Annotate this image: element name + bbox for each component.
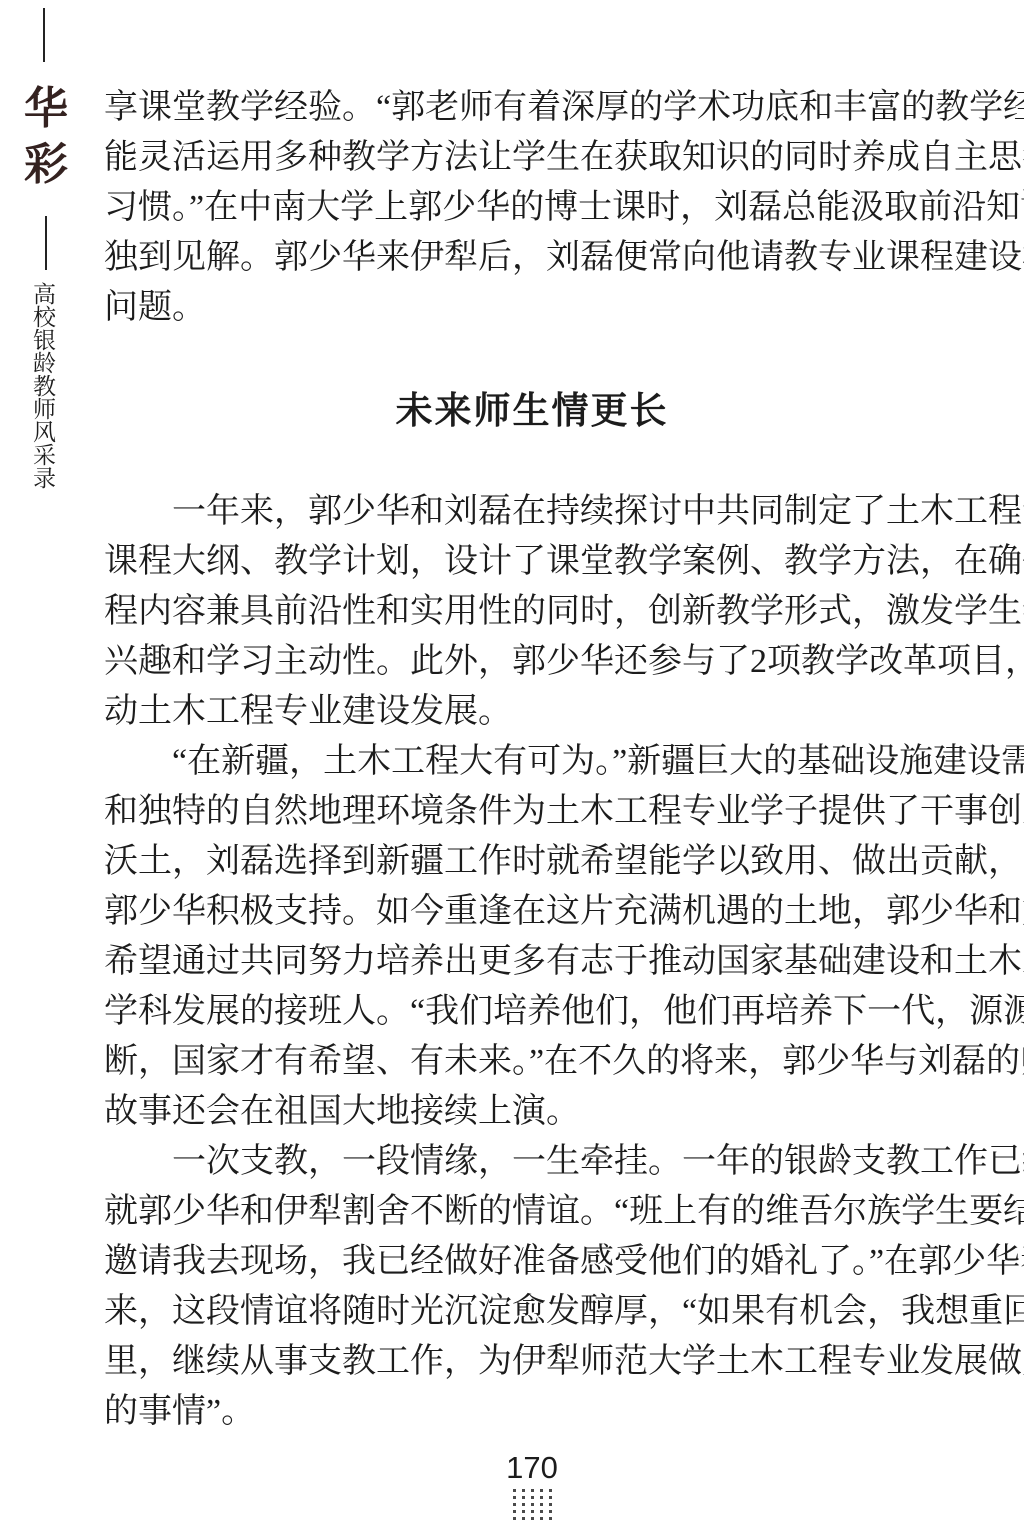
dotted-column	[540, 1489, 543, 1521]
text-line: 和独特的自然地理环境条件为土木工程专业学子提供了干事创业的	[104, 787, 960, 837]
text-line: 一次支教，一段情缘，一生牵挂。一年的银龄支教工作已经铸	[104, 1137, 960, 1187]
dotted-column	[549, 1489, 552, 1521]
text-line: 里，继续从事支教工作，为伊犁师范大学土木工程专业发展做更多	[104, 1337, 960, 1387]
dotted-column	[513, 1489, 516, 1521]
text-line: 动土木工程专业建设发展。	[104, 687, 960, 737]
text-line: 希望通过共同努力培养出更多有志于推动国家基础建设和土木工程	[104, 937, 960, 987]
text-line: 兴趣和学习主动性。此外，郭少华还参与了2项教学改革项目，推	[104, 637, 960, 687]
text-line: 来，这段情谊将随时光沉淀愈发醇厚，“如果有机会，我想重回这	[104, 1287, 960, 1337]
text-line: 程内容兼具前沿性和实用性的同时，创新教学形式，激发学生学习	[104, 587, 960, 637]
text-line: 故事还会在祖国大地接续上演。	[104, 1087, 960, 1137]
text-line: 问题。	[104, 283, 960, 333]
dotted-column	[522, 1489, 525, 1521]
text-line: 习惯。”在中南大学上郭少华的博士课时，刘磊总能汲取前沿知识和	[104, 183, 960, 233]
section-heading: 未来师生情更长	[104, 387, 960, 437]
text-line: 就郭少华和伊犁割舍不断的情谊。“班上有的维吾尔族学生要结婚，	[104, 1187, 960, 1237]
text-line: 的事情”。	[104, 1387, 960, 1437]
paragraph-continuation: 享课堂教学经验。“郭老师有着深厚的学术功底和丰富的教学经验，能灵活运用多种教学方…	[104, 83, 960, 333]
text-line: 独到见解。郭少华来伊犁后，刘磊便常向他请教专业课程建设相关	[104, 233, 960, 283]
text-line: 课程大纲、教学计划，设计了课堂教学案例、教学方法，在确保课	[104, 537, 960, 587]
paragraph-1: 一年来，郭少华和刘磊在持续探讨中共同制定了土木工程专业课程大纲、教学计划，设计了…	[104, 487, 960, 737]
brand-char-hua: 华	[24, 86, 68, 132]
text-line: 一年来，郭少华和刘磊在持续探讨中共同制定了土木工程专业	[104, 487, 960, 537]
sidebar-mid-rule	[45, 216, 47, 270]
text-line: 郭少华积极支持。如今重逢在这片充满机遇的土地，郭少华和刘磊	[104, 887, 960, 937]
text-column: 享课堂教学经验。“郭老师有着深厚的学术功底和丰富的教学经验，能灵活运用多种教学方…	[104, 83, 960, 1437]
series-title: 高校银龄教师风采录	[27, 282, 57, 489]
text-line: 沃土，刘磊选择到新疆工作时就希望能学以致用、做出贡献，当时	[104, 837, 960, 887]
text-line: 邀请我去现场，我已经做好准备感受他们的婚礼了。”在郭少华看	[104, 1237, 960, 1287]
text-line: 学科发展的接班人。“我们培养他们，他们再培养下一代，源源不	[104, 987, 960, 1037]
page-number: 170	[104, 1450, 960, 1486]
text-line: 断，国家才有希望、有未来。”在不久的将来，郭少华与刘磊的师生	[104, 1037, 960, 1087]
footer-dotted-mark	[104, 1489, 960, 1521]
text-line: 享课堂教学经验。“郭老师有着深厚的学术功底和丰富的教学经验，	[104, 83, 960, 133]
book-page: 华 彩 高校银龄教师风采录 享课堂教学经验。“郭老师有着深厚的学术功底和丰富的教…	[0, 0, 1024, 1530]
brand-char-cai: 彩	[24, 142, 68, 188]
paragraph-3: 一次支教，一段情缘，一生牵挂。一年的银龄支教工作已经铸就郭少华和伊犁割舍不断的情…	[104, 1137, 960, 1437]
series-brand: 华 彩	[14, 86, 78, 188]
paragraph-2: “在新疆，土木工程大有可为。”新疆巨大的基础设施建设需求和独特的自然地理环境条件…	[104, 737, 960, 1137]
dotted-column	[531, 1489, 534, 1521]
text-line: 能灵活运用多种教学方法让学生在获取知识的同时养成自主思考的	[104, 133, 960, 183]
text-line: “在新疆，土木工程大有可为。”新疆巨大的基础设施建设需求	[104, 737, 960, 787]
sidebar-top-rule	[43, 8, 45, 62]
